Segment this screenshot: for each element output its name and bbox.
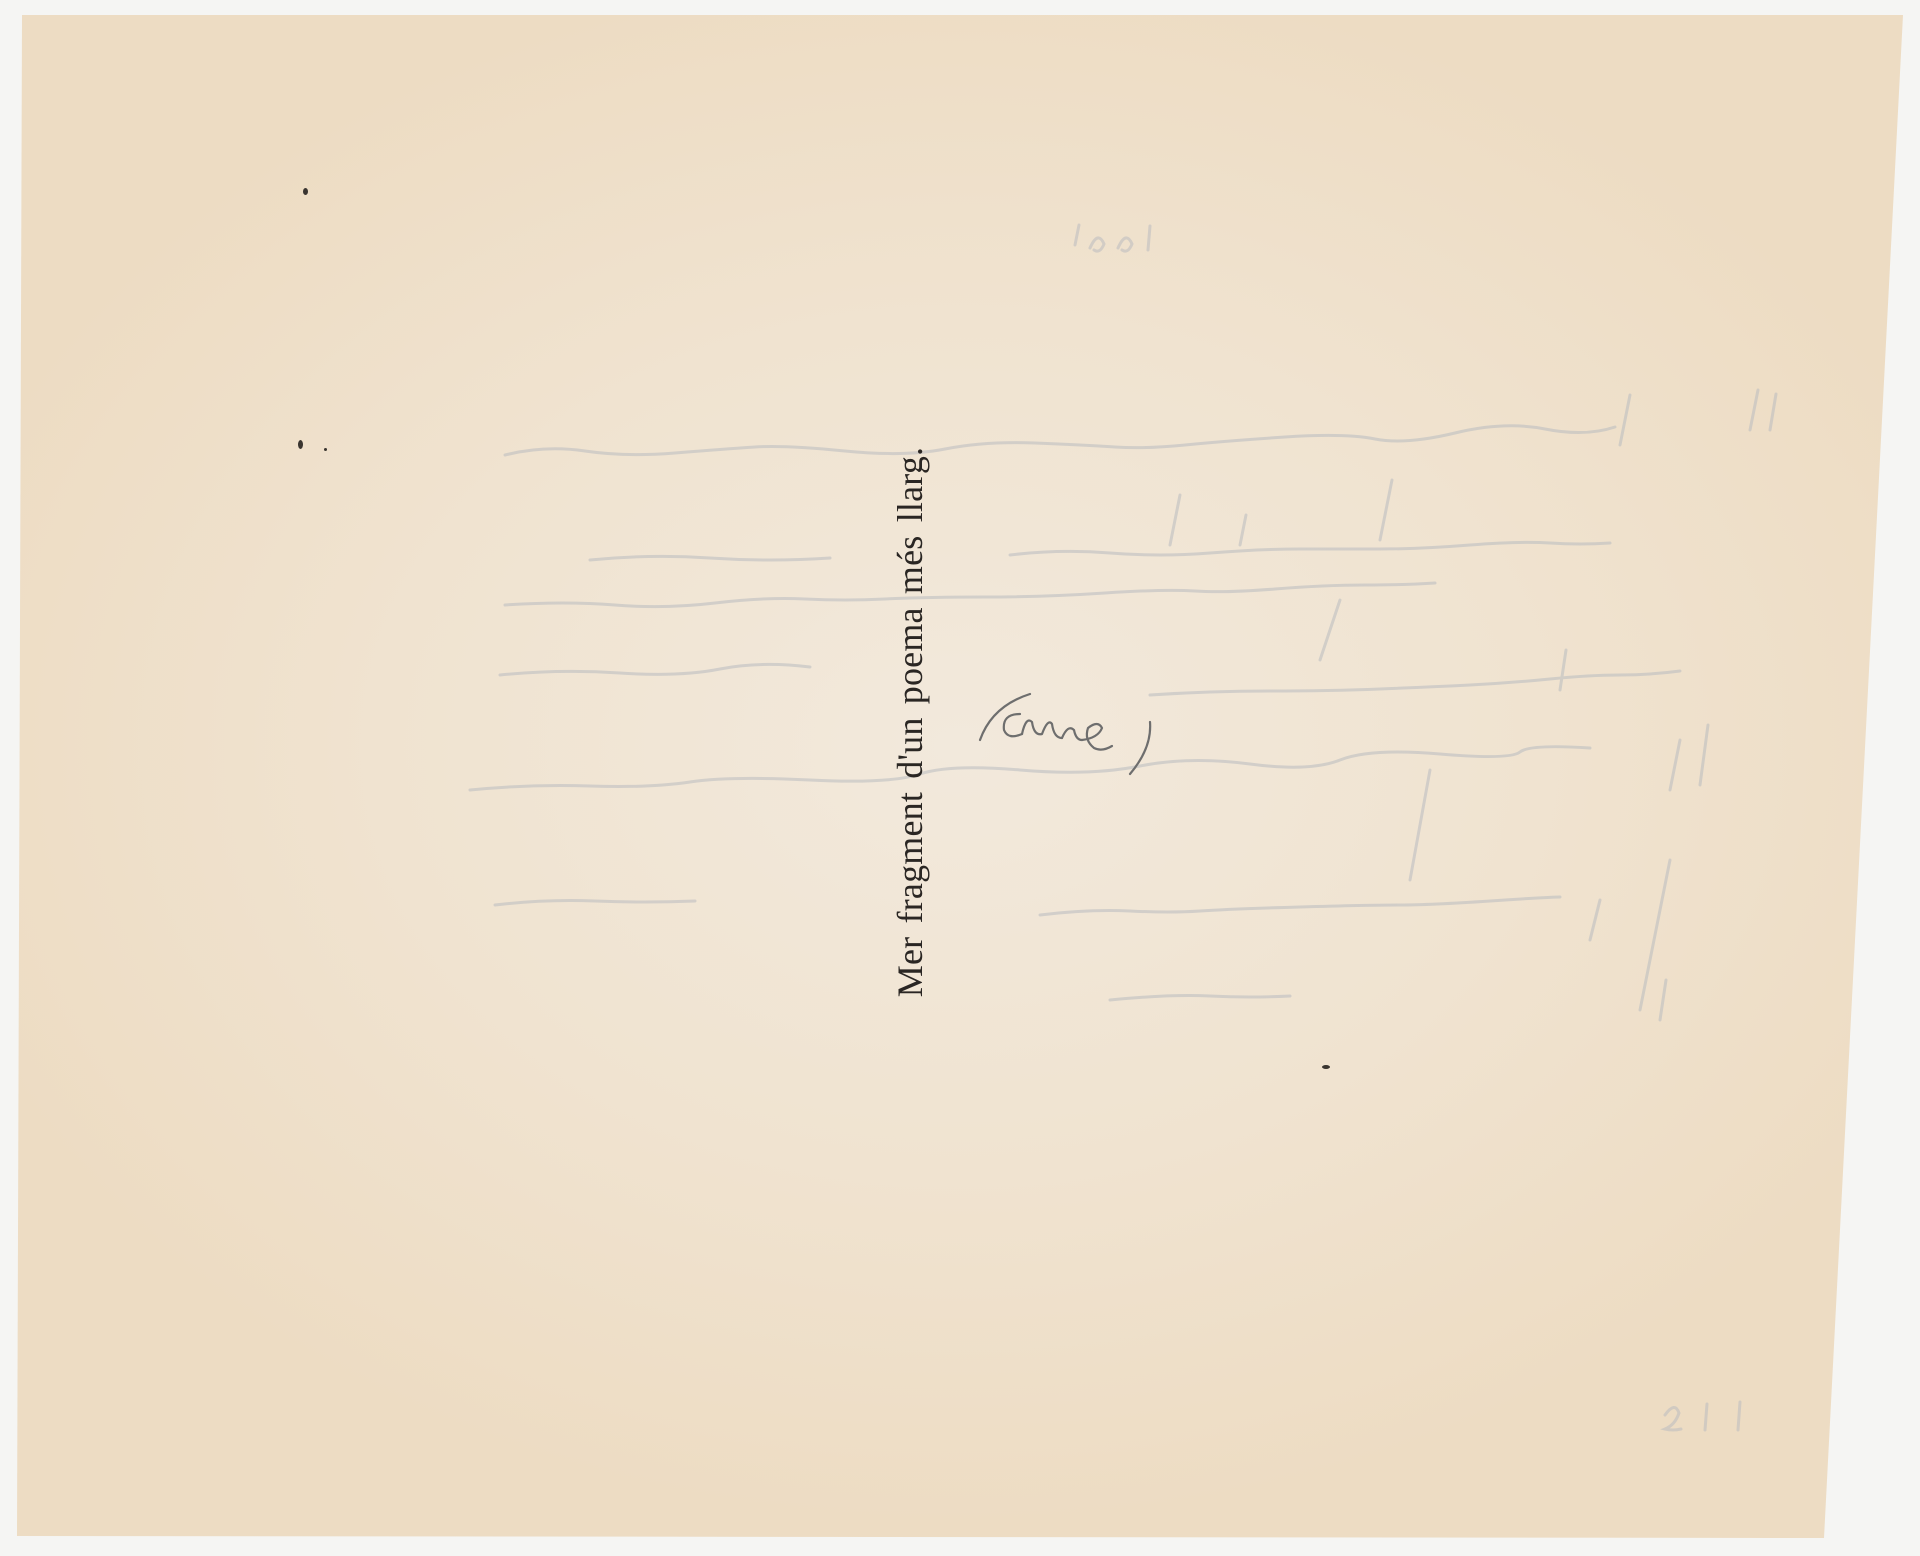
printed-caption: Mer fragment d'un poema més llarg. <box>889 447 931 997</box>
ink-speck <box>303 188 308 195</box>
pencil-cine-glyphs <box>962 678 1152 778</box>
ink-speck <box>324 448 327 451</box>
scan-background: Mer fragment d'un poema més llarg. (cine… <box>0 0 1920 1556</box>
paper-sheet <box>0 0 1920 1556</box>
ink-speck <box>1322 1065 1330 1069</box>
ink-speck <box>298 440 303 449</box>
pencil-annotation: (cine) <box>962 678 1152 778</box>
